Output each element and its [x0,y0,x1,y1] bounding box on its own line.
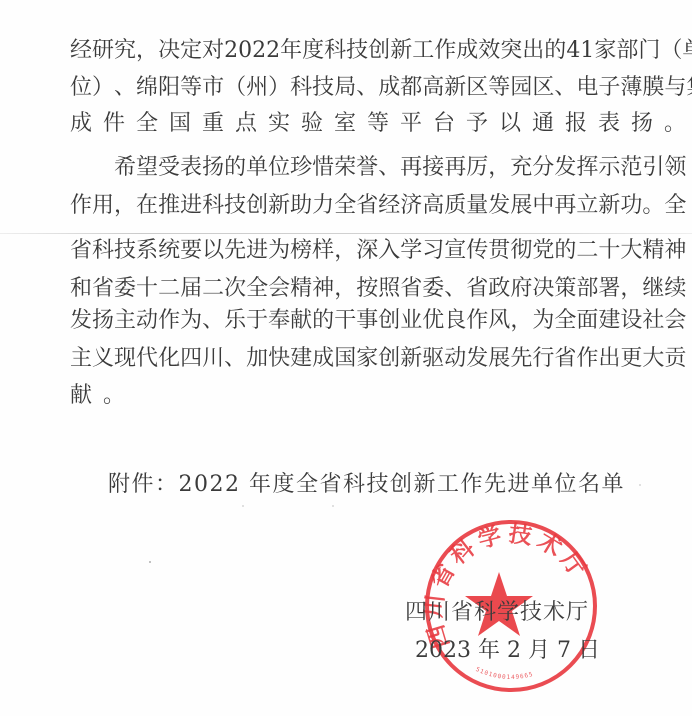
seal-serial-number: 5101000149665 [475,666,535,681]
scan-speck [149,561,151,563]
paragraph-2-line-1: 希望受表扬的单位珍惜荣誉、再接再厉，充分发挥示范引领 [114,155,666,181]
paragraph-2-line-2: 作用，在推进科技创新助力全省经济高质量发展中再立新功。全 [70,193,666,219]
paragraph-1-line-2: 位）、绵阳等市（州）科技局、成都高新区等园区、电子薄膜与集 [70,75,666,101]
scan-speck [332,505,334,507]
paragraph-1-line-3: 成件全国重点实验室等平台予以通报表扬。 [70,111,666,137]
paragraph-2-line-7: 献。 [70,383,666,409]
document-page: 经研究，决定对2022年度科技创新工作成效突出的41家部门（单 位）、绵阳等市（… [0,0,692,716]
scan-speck [242,505,244,507]
paragraph-2-line-4: 和省委十二届二次全会精神，按照省委、省政府决策部署，继续 [70,276,666,302]
scan-fold-line [0,233,692,234]
scan-speck [639,484,641,486]
seal-text: 四川省科学技术厅 [423,520,593,651]
paragraph-2-line-3: 省科技系统要以先进为榜样，深入学习宣传贯彻党的二十大精神 [70,238,666,264]
paragraph-2-line-5: 发扬主动作为、乐于奉献的干事创业优良作风，为全面建设社会 [70,308,666,334]
issue-date: 2023 年 2 月 7 日 [415,638,600,664]
paragraph-1-line-1: 经研究，决定对2022年度科技创新工作成效突出的41家部门（单 [70,38,666,64]
attachment-note: 附件：2022 年度全省科技创新工作先进单位名单 [108,472,625,498]
paragraph-2-line-6: 主义现代化四川、加快建成国家创新驱动发展先行省作出更大贡 [70,346,666,372]
issuer-signature: 四川省科学技术厅 [405,600,589,626]
